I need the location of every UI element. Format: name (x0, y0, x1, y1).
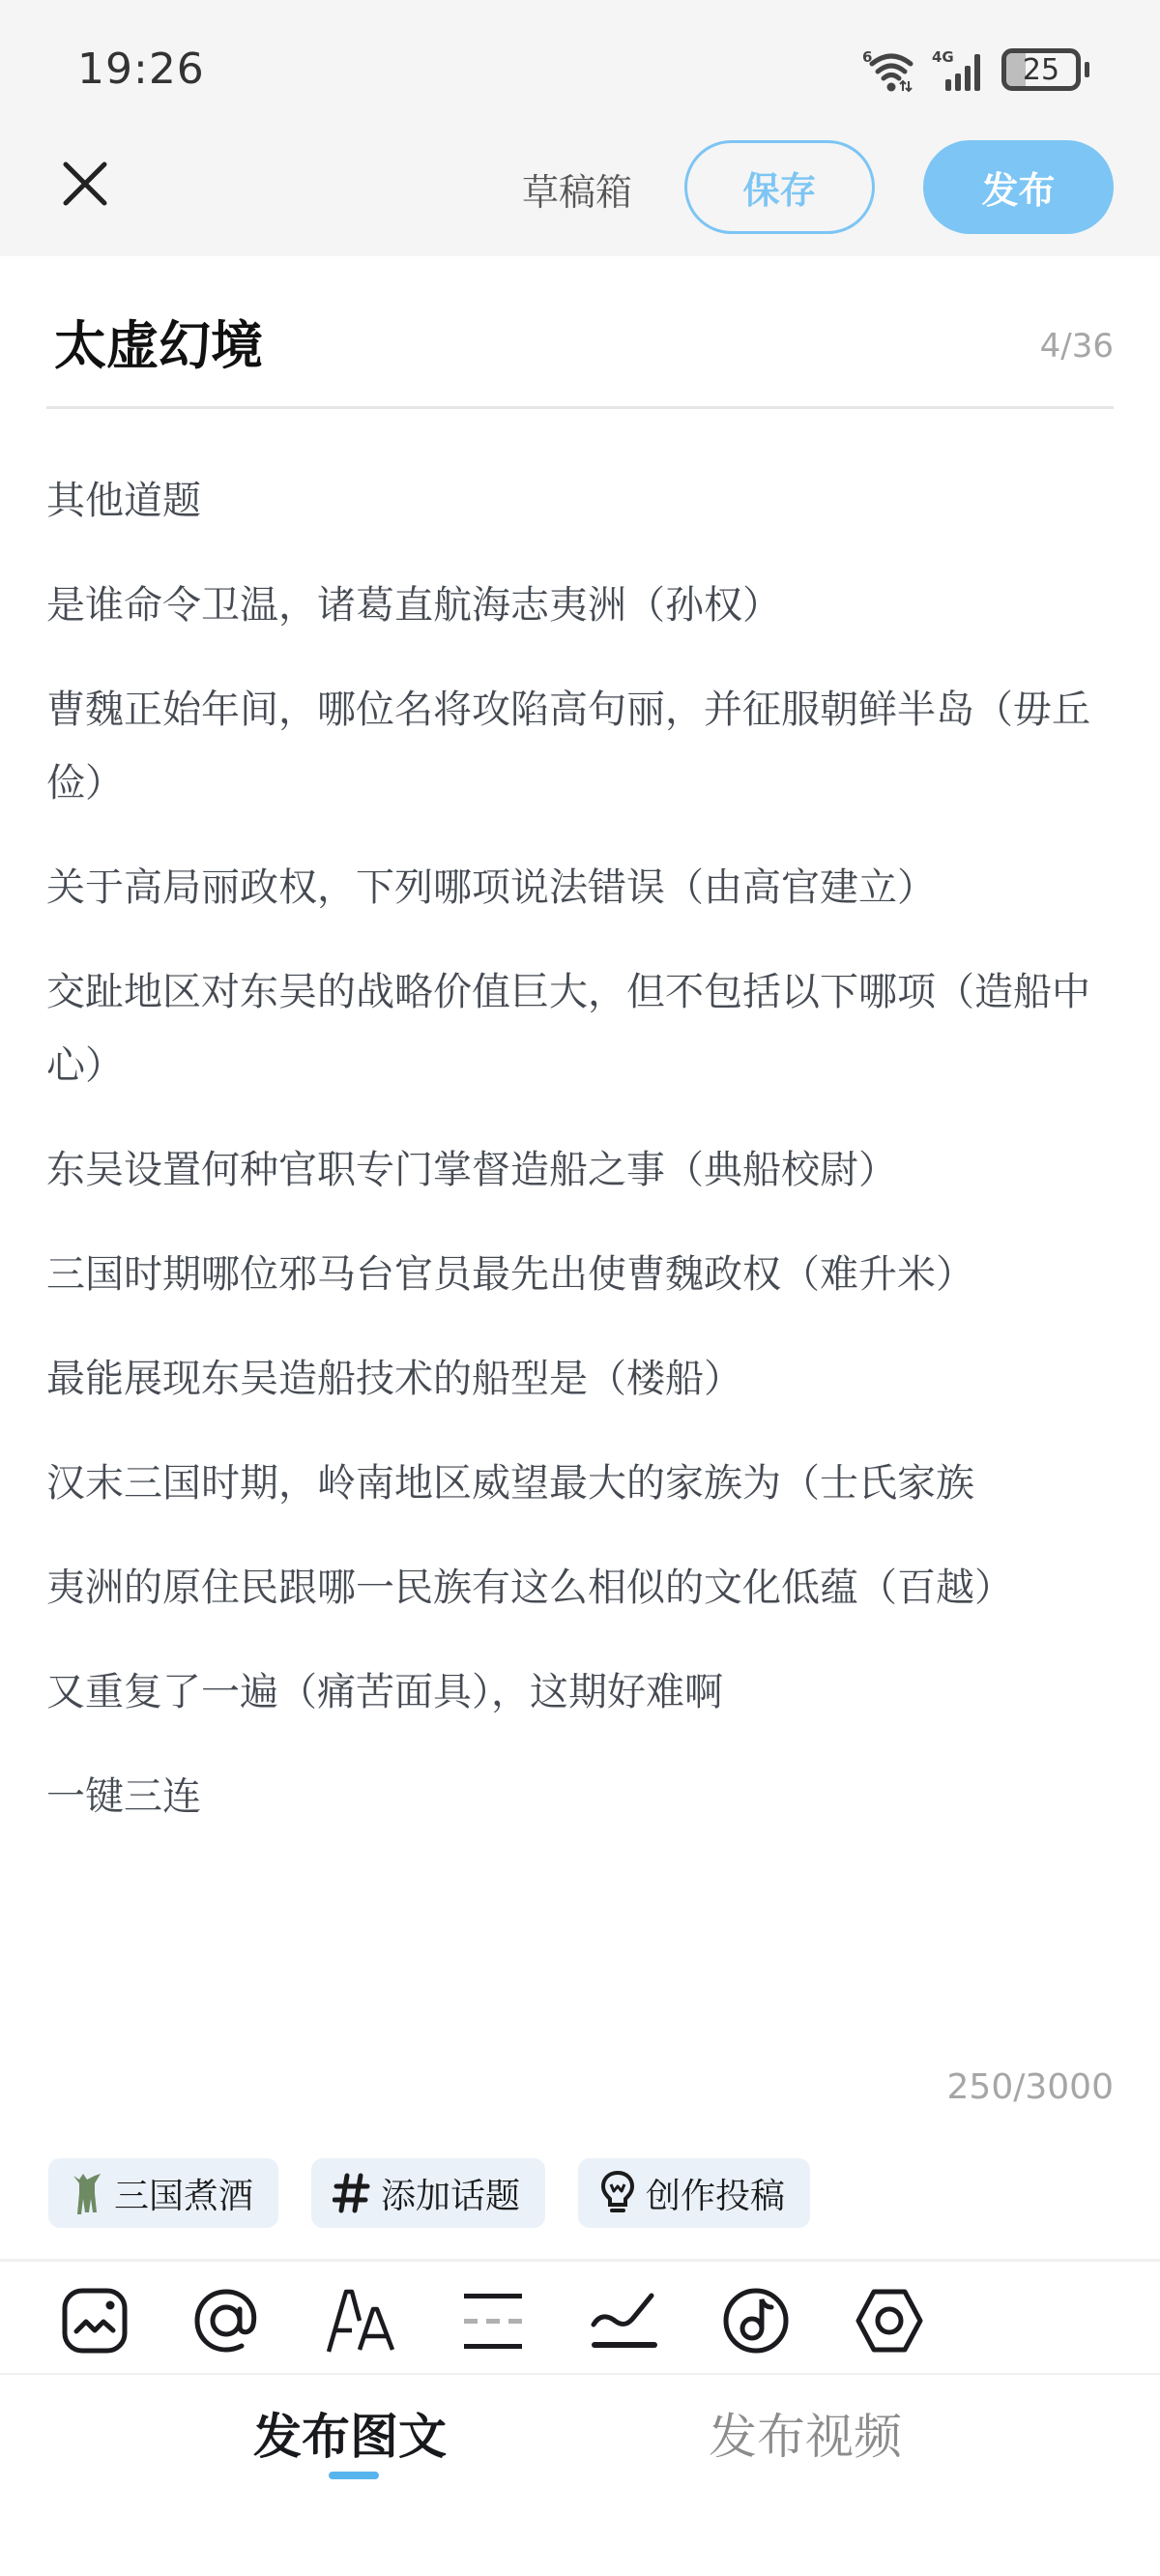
toolbar-bottom-divider (0, 2373, 1160, 2375)
body-paragraph: 夷洲的原住民跟哪一民族有这么相似的文化低蕴（百越） (46, 1551, 1119, 1625)
body-char-counter: 250/3000 (947, 2067, 1114, 2107)
close-icon (58, 157, 112, 211)
toolbar-top-divider (0, 2259, 1160, 2262)
image-icon (60, 2286, 130, 2356)
tab-publish-video[interactable]: 发布视频 (709, 2398, 902, 2468)
body-paragraph: 交趾地区对东吴的战略价值巨大，但不包括以下哪项（造船中心） (46, 955, 1119, 1102)
active-tab-indicator (329, 2472, 379, 2479)
bronze-vessel-icon (70, 2170, 104, 2216)
body-paragraph: 又重复了一遍（痛苦面具），这期好难啊 (46, 1655, 1119, 1729)
body-paragraph: 其他道题 (46, 464, 1119, 538)
body-paragraph: 曹魏正始年间，哪位名将攻陷高句丽，并征服朝鲜半岛（毋丘俭） (46, 673, 1119, 820)
body-editor[interactable]: 其他道题 是谁命令卫温，诸葛直航海志夷洲（孙权） 曹魏正始年间，哪位名将攻陷高句… (46, 464, 1119, 1864)
save-button[interactable]: 保存 (684, 140, 875, 234)
more-settings-button[interactable] (853, 2284, 926, 2357)
tab-publish-image-text[interactable]: 发布图文 (253, 2398, 447, 2468)
wifi-icon: 6 (862, 46, 920, 93)
chip-sanguo-zhujiu[interactable]: 三国煮酒 (48, 2158, 278, 2228)
insert-image-button[interactable] (58, 2284, 131, 2357)
drafts-button[interactable]: 草稿箱 (522, 162, 632, 216)
title-input[interactable]: 太虚幻境 (54, 307, 263, 385)
music-note-icon (721, 2286, 791, 2356)
lightbulb-icon (599, 2170, 636, 2216)
publish-type-tabs: 发布图文 发布视频 (0, 2398, 1160, 2504)
body-paragraph: 一键三连 (46, 1760, 1119, 1833)
insert-divider-button[interactable] (456, 2284, 530, 2357)
chip-row: 三国煮酒 添加话题 创作投稿 (48, 2158, 810, 2228)
editor-toolbar (0, 2272, 1160, 2369)
chip-label: 添加话题 (381, 2169, 520, 2218)
publish-button[interactable]: 发布 (923, 140, 1114, 234)
battery-icon: 25 (1001, 48, 1081, 91)
body-paragraph: 最能展现东吴造船技术的船型是（楼船） (46, 1342, 1119, 1416)
title-char-counter: 4/36 (1040, 307, 1114, 385)
close-button[interactable] (58, 157, 112, 211)
battery-tip (1085, 62, 1089, 77)
trend-chart-icon (588, 2286, 661, 2356)
status-time: 19:26 (77, 44, 205, 94)
status-icons: 6 4G 25 (862, 43, 1089, 97)
chip-label: 创作投稿 (646, 2169, 785, 2218)
mention-button[interactable] (189, 2284, 263, 2357)
body-paragraph: 东吴设置何种官职专门掌督造船之事（典船校尉） (46, 1133, 1119, 1207)
body-paragraph: 关于高局丽政权，下列哪项说法错误（由高官建立） (46, 851, 1119, 924)
hashtag-icon (333, 2172, 371, 2214)
insert-music-button[interactable] (719, 2284, 793, 2357)
chip-label: 三国煮酒 (114, 2169, 253, 2218)
title-divider (46, 406, 1114, 409)
insert-chart-button[interactable] (588, 2284, 661, 2357)
body-paragraph: 汉末三国时期，岭南地区威望最大的家族为（士氏家族 (46, 1447, 1119, 1520)
svg-text:4G: 4G (932, 48, 954, 66)
chip-add-topic[interactable]: 添加话题 (311, 2158, 545, 2228)
chip-creation-submission[interactable]: 创作投稿 (578, 2158, 810, 2228)
cellular-signal-icon: 4G (932, 46, 990, 93)
font-style-button[interactable] (325, 2284, 398, 2357)
title-field[interactable]: 太虚幻境 4/36 (46, 307, 1114, 385)
battery-level: 25 (1023, 53, 1059, 87)
font-size-icon (325, 2286, 398, 2356)
hexagon-settings-icon (853, 2286, 926, 2356)
at-mention-icon (191, 2286, 261, 2356)
divider-line-icon (460, 2286, 526, 2356)
body-paragraph: 是谁命令卫温，诸葛直航海志夷洲（孙权） (46, 569, 1119, 642)
body-paragraph: 三国时期哪位邪马台官员最先出使曹魏政权（难升米） (46, 1238, 1119, 1311)
